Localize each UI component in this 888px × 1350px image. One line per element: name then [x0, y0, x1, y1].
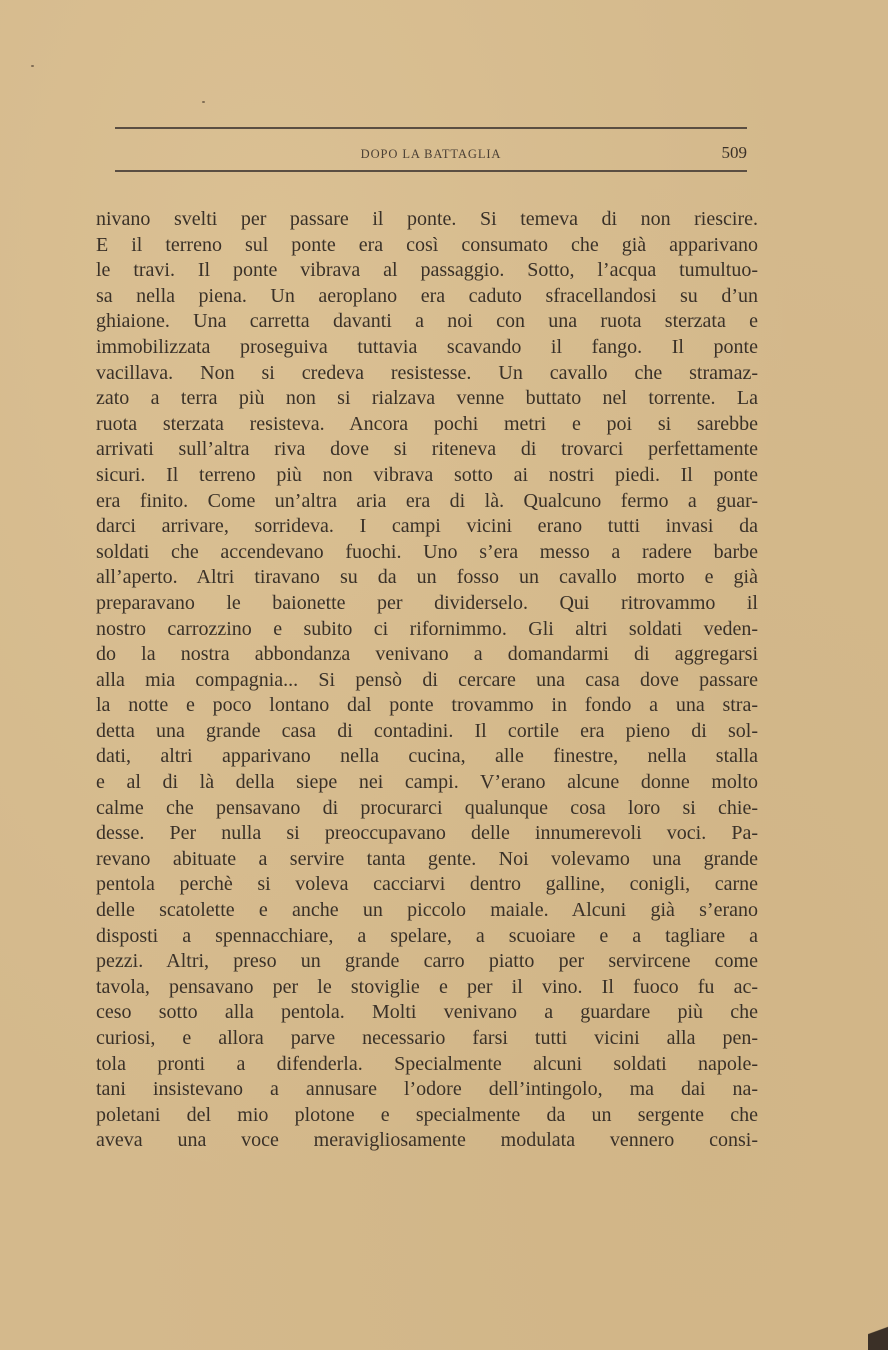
text-line: preparavano le baionette per dividerselo… [96, 591, 758, 617]
text-line: nostro carrozzino e subito ci rifornimmo… [96, 617, 758, 643]
text-line: sa nella piena. Un aeroplano era caduto … [96, 284, 758, 310]
text-line: ghiaione. Una carretta davanti a noi con… [96, 309, 758, 335]
text-line: do la nostra abbondanza venivano a doman… [96, 642, 758, 668]
page-number: 509 [722, 143, 748, 163]
text-line: arrivati sull’altra riva dove si ritenev… [96, 437, 758, 463]
text-line: immobilizzata proseguiva tuttavia scavan… [96, 335, 758, 361]
text-line: era finito. Come un’altra aria era di là… [96, 489, 758, 515]
book-page: DOPO LA BATTAGLIA 509 nivano svelti per … [0, 0, 888, 1350]
text-line: tani insistevano a annusare l’odore dell… [96, 1077, 758, 1103]
text-line: le travi. Il ponte vibrava al passaggio.… [96, 258, 758, 284]
paper-speck [31, 65, 34, 67]
text-line: delle scatolette e anche un piccolo maia… [96, 898, 758, 924]
text-line: tola pronti a difenderla. Specialmente a… [96, 1052, 758, 1078]
page-corner-shadow [868, 1310, 888, 1350]
text-line: all’aperto. Altri tiravano su da un foss… [96, 565, 758, 591]
text-line: dati, altri apparivano nella cucina, all… [96, 744, 758, 770]
text-line: sicuri. Il terreno più non vibrava sotto… [96, 463, 758, 489]
header-rule-bottom [115, 170, 747, 172]
text-line: detta una grande casa di contadini. Il c… [96, 719, 758, 745]
text-line: darci arrivare, sorrideva. I campi vicin… [96, 514, 758, 540]
text-line: calme che pensavano di procurarci qualun… [96, 796, 758, 822]
text-line: alla mia compagnia... Si pensò di cercar… [96, 668, 758, 694]
text-line: tavola, pensavano per le stoviglie e per… [96, 975, 758, 1001]
text-line: la notte e poco lontano dal ponte trovam… [96, 693, 758, 719]
text-line: e al di là della siepe nei campi. V’eran… [96, 770, 758, 796]
text-line: revano abituate a servire tanta gente. N… [96, 847, 758, 873]
paper-speck [202, 101, 205, 103]
text-line: pezzi. Altri, preso un grande carro piat… [96, 949, 758, 975]
text-line: poletani del mio plotone e specialmente … [96, 1103, 758, 1129]
text-line: curiosi, e allora parve necessario farsi… [96, 1026, 758, 1052]
running-head: DOPO LA BATTAGLIA 509 [115, 145, 747, 165]
text-line: zato a terra più non si rialzava venne b… [96, 386, 758, 412]
text-line: nivano svelti per passare il ponte. Si t… [96, 207, 758, 233]
text-line: aveva una voce meravigliosamente modulat… [96, 1128, 758, 1154]
body-text: nivano svelti per passare il ponte. Si t… [96, 207, 758, 1154]
text-line: desse. Per nulla si preoccupavano delle … [96, 821, 758, 847]
text-line: ruota sterzata resisteva. Ancora pochi m… [96, 412, 758, 438]
text-line: ceso sotto alla pentola. Molti venivano … [96, 1000, 758, 1026]
header-rule-top [115, 127, 747, 129]
text-line: pentola perchè si voleva cacciarvi dentr… [96, 872, 758, 898]
running-title: DOPO LA BATTAGLIA [115, 147, 747, 162]
text-line: soldati che accendevano fuochi. Uno s’er… [96, 540, 758, 566]
text-line: disposti a spennacchiare, a spelare, a s… [96, 924, 758, 950]
text-line: E il terreno sul ponte era così consumat… [96, 233, 758, 259]
text-line: vacillava. Non si credeva resistesse. Un… [96, 361, 758, 387]
